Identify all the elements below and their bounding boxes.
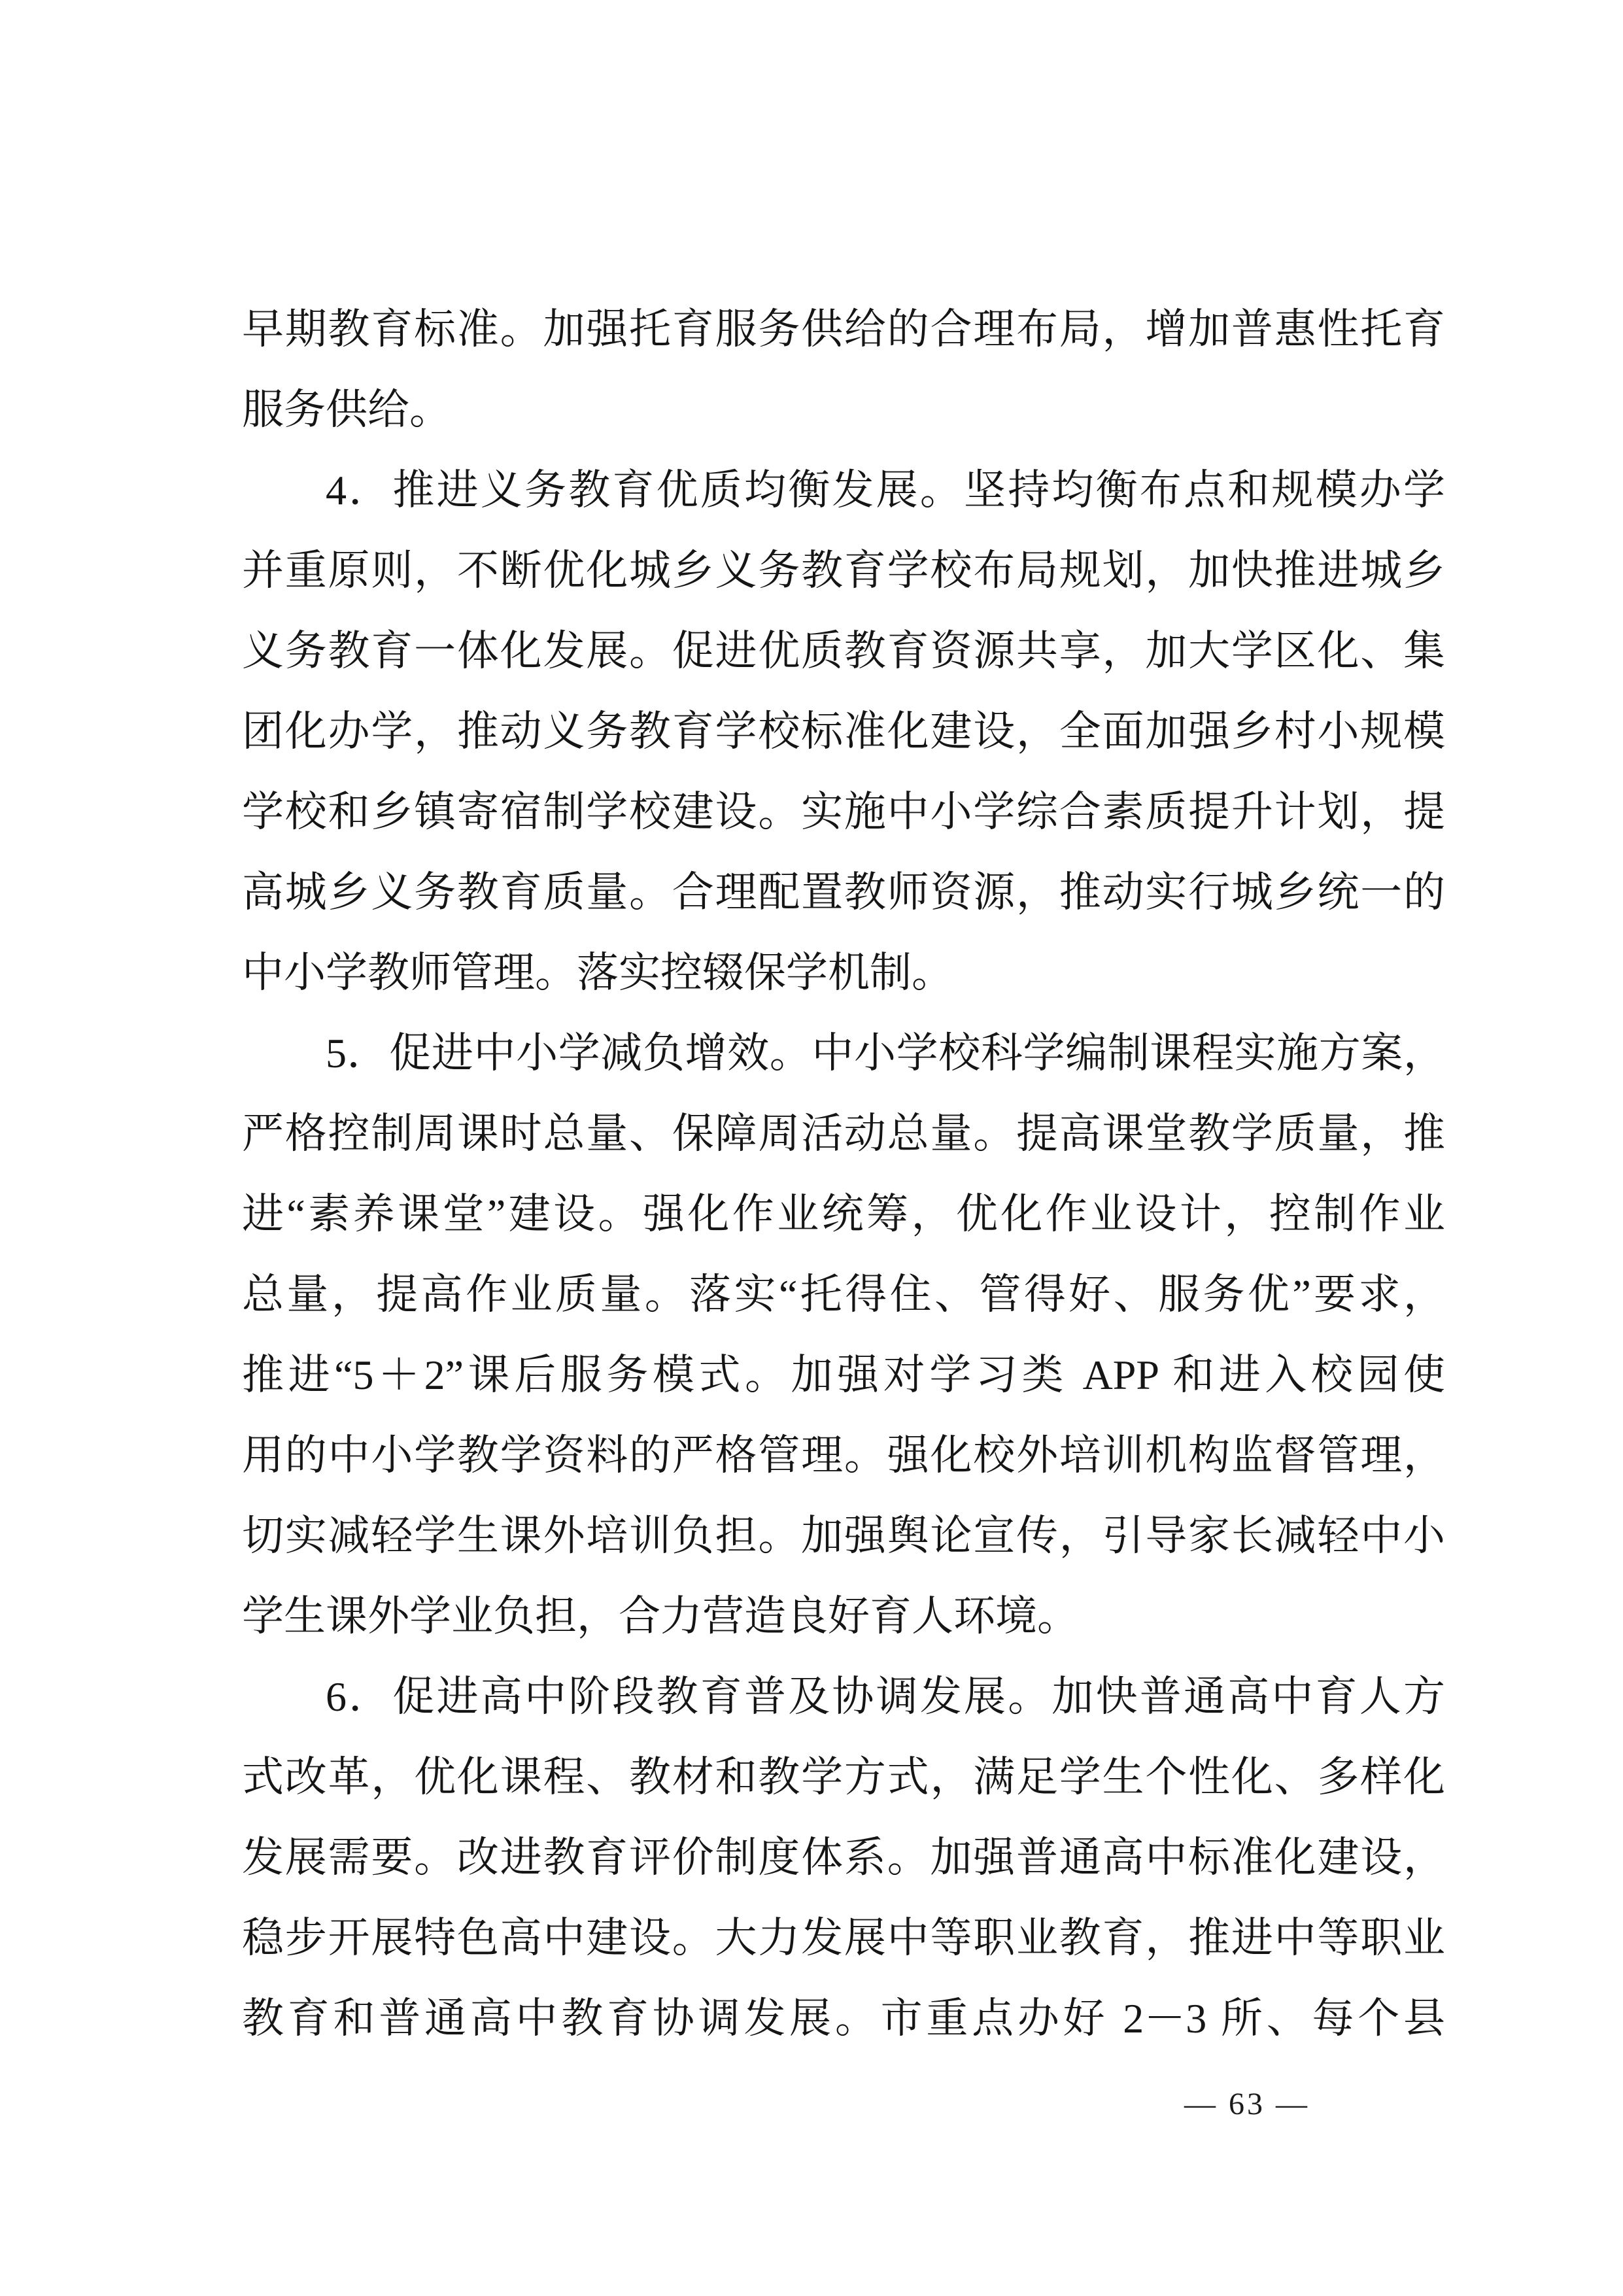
text-line: 总量，提高作业质量。落实“托得住、管得好、服务优”要求， [242, 1254, 1445, 1335]
page-number: — 63 — [1172, 2083, 1322, 2125]
text-line: 用的中小学教学资料的严格管理。强化校外培训机构监督管理， [242, 1415, 1445, 1496]
text-line: 式改革，优化课程、教材和教学方式，满足学生个性化、多样化 [242, 1737, 1445, 1817]
text-line: 4．推进义务教育优质均衡发展。坚持均衡布点和规模办学 [242, 450, 1445, 530]
text-line: 严格控制周课时总量、保障周活动总量。提高课堂教学质量，推 [242, 1093, 1445, 1174]
text-line: 推进“5＋2”课后服务模式。加强对学习类 APP 和进入校园使 [242, 1335, 1445, 1415]
text-line: 教育和普通高中教育协调发展。市重点办好 2－3 所、每个县 [242, 1978, 1445, 2059]
text-line: 早期教育标准。加强托育服务供给的合理布局，增加普惠性托育 [242, 289, 1445, 369]
text-line: 团化办学，推动义务教育学校标准化建设，全面加强乡村小规模 [242, 691, 1445, 772]
document-page: 早期教育标准。加强托育服务供给的合理布局，增加普惠性托育 服务供给。 4．推进义… [0, 0, 1623, 2296]
text-line: 稳步开展特色高中建设。大力发展中等职业教育，推进中等职业 [242, 1898, 1445, 1978]
text-line: 学生课外学业负担，合力营造良好育人环境。 [242, 1576, 1445, 1656]
text-line: 服务供给。 [242, 369, 1445, 450]
text-line: 6．促进高中阶段教育普及协调发展。加快普通高中育人方 [242, 1656, 1445, 1737]
text-line: 学校和乡镇寄宿制学校建设。实施中小学综合素质提升计划，提 [242, 772, 1445, 852]
text-line: 进“素养课堂”建设。强化作业统筹，优化作业设计，控制作业 [242, 1174, 1445, 1254]
text-block: 早期教育标准。加强托育服务供给的合理布局，增加普惠性托育 服务供给。 4．推进义… [242, 289, 1445, 2059]
text-line: 切实减轻学生课外培训负担。加强舆论宣传，引导家长减轻中小 [242, 1496, 1445, 1576]
text-line: 5．促进中小学减负增效。中小学校科学编制课程实施方案， [242, 1013, 1445, 1093]
text-line: 高城乡义务教育质量。合理配置教师资源，推动实行城乡统一的 [242, 852, 1445, 933]
text-line: 发展需要。改进教育评价制度体系。加强普通高中标准化建设， [242, 1817, 1445, 1898]
text-line: 并重原则，不断优化城乡义务教育学校布局规划，加快推进城乡 [242, 530, 1445, 611]
text-line: 中小学教师管理。落实控辍保学机制。 [242, 933, 1445, 1013]
text-line: 义务教育一体化发展。促进优质教育资源共享，加大学区化、集 [242, 611, 1445, 691]
